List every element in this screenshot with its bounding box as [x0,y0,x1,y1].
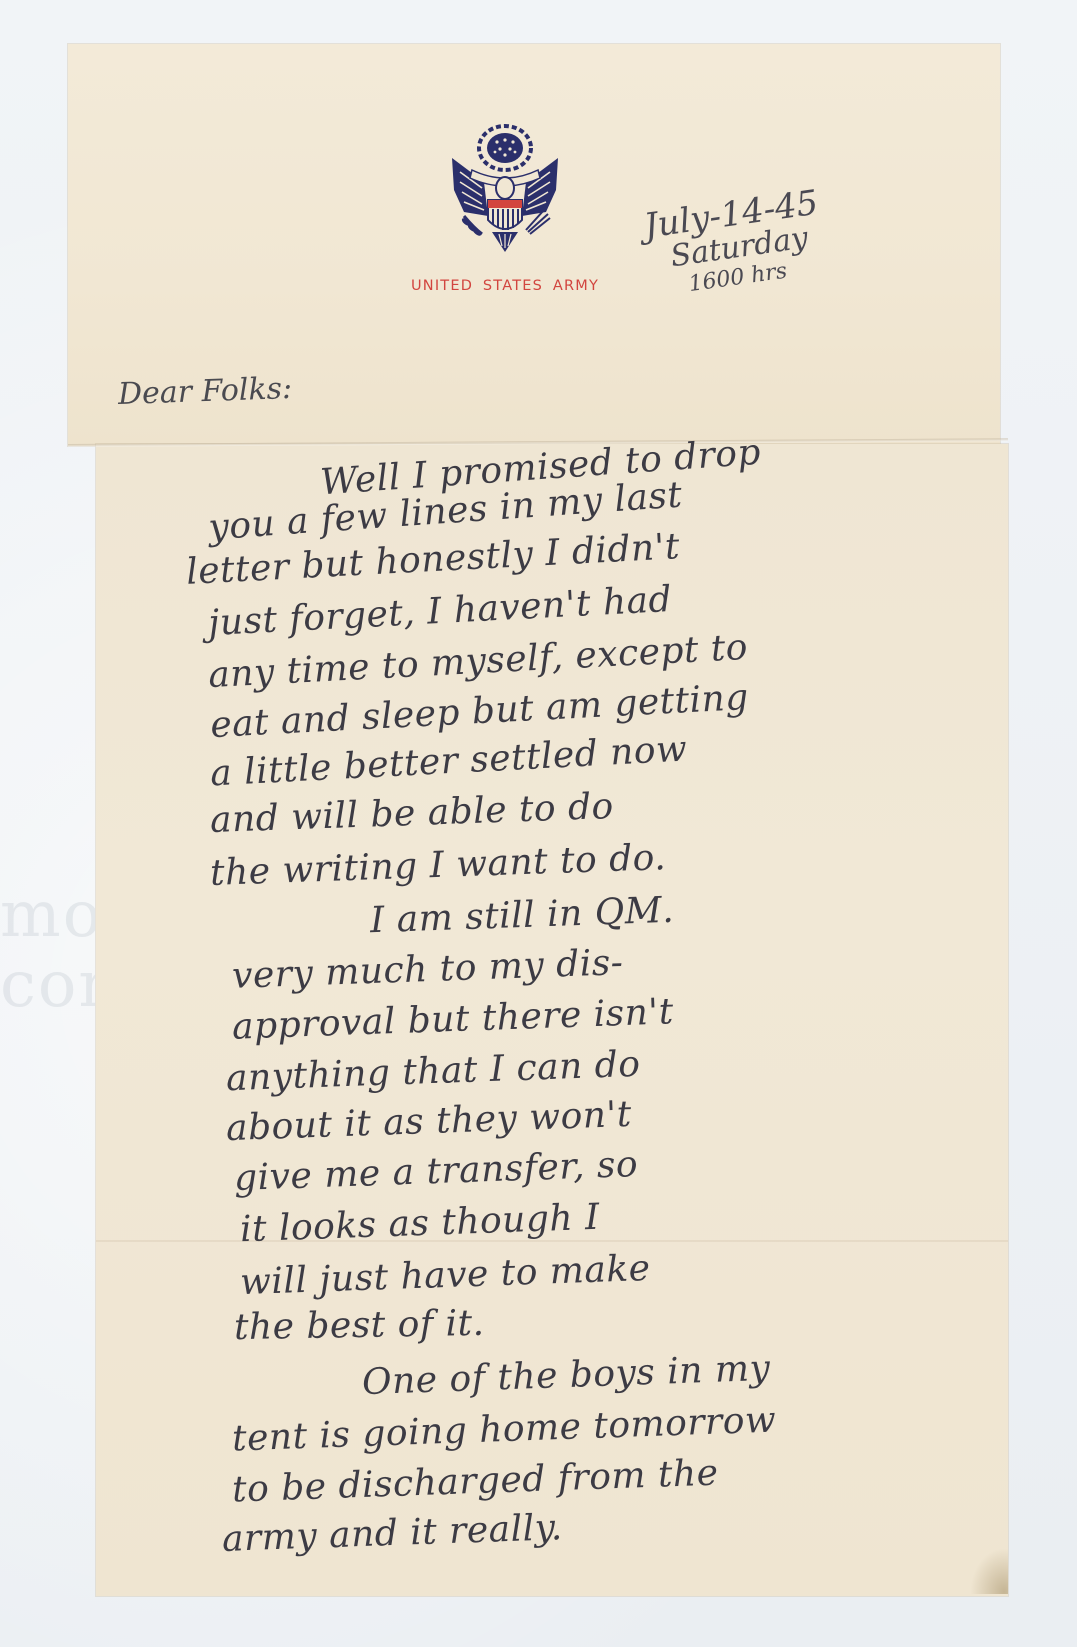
body-line: about it as they won't [225,1095,632,1149]
body-line: will just have to make [239,1249,651,1303]
body-line: army and it really. [221,1508,563,1560]
body-line: very much to my dis- [231,943,624,997]
body-line: approval but there isn't [231,992,674,1047]
body-line: to be discharged from the [231,1454,719,1511]
body-line: the writing I want to do. [209,838,666,894]
body-line: anything that I can do [225,1045,641,1099]
body-line: One of the boys in my [361,1349,771,1403]
body-line: and will be able to do [209,787,614,841]
body-line: I am still in QM. [369,891,674,942]
body-line: tent is going home tomorrow [231,1401,776,1460]
body-line: give me a transfer, so [233,1145,638,1199]
letter-body: Well I promised to drop you a few lines … [0,0,1077,1647]
body-line: the best of it. [234,1304,485,1348]
body-line: it looks as though I [239,1198,600,1251]
